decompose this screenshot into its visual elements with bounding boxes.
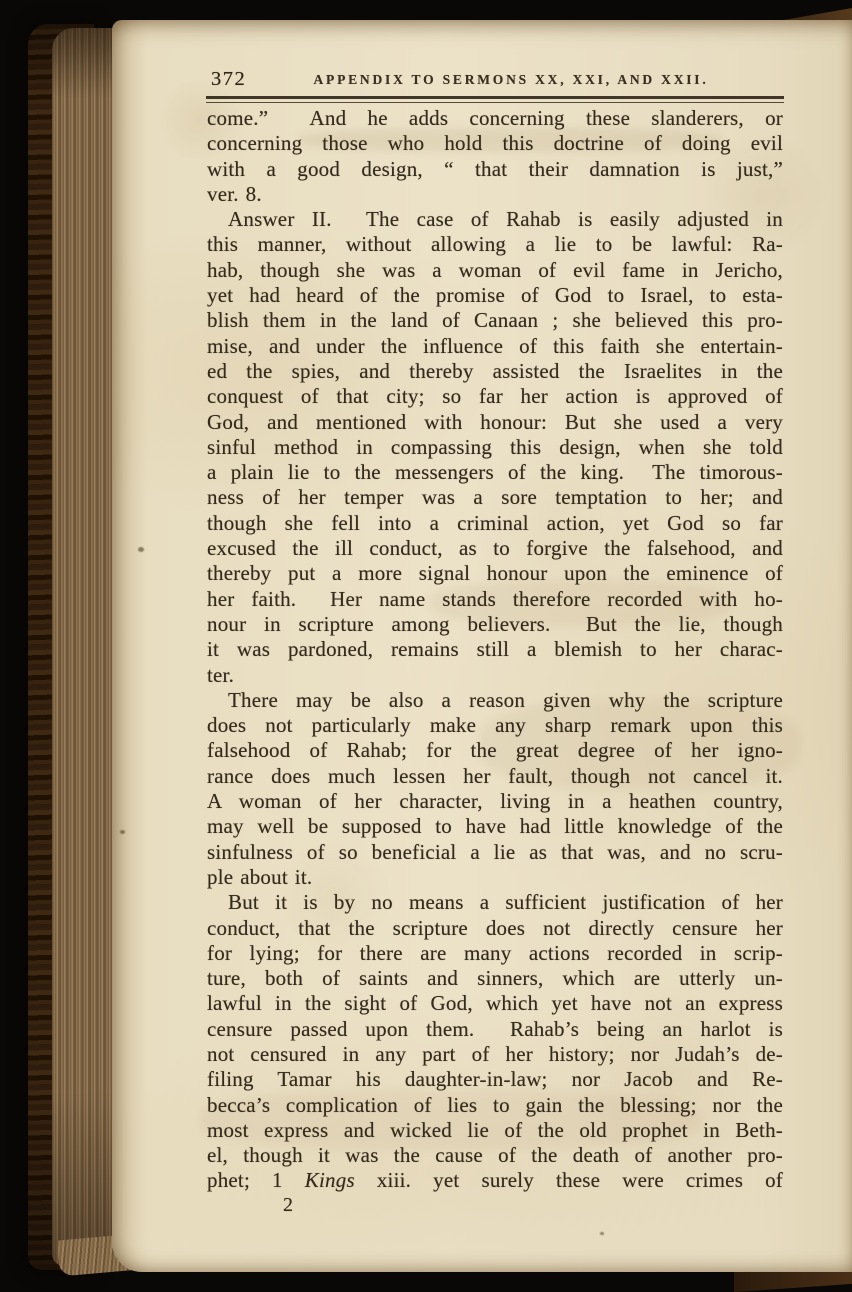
text-line: mise, and under the influence of this fa… (207, 334, 783, 359)
text-line: may well be supposed to have had little … (207, 814, 783, 839)
page-stack-edge (52, 28, 116, 1266)
paper-speck (600, 1232, 604, 1235)
text-line: God, and mentioned with honour: But she … (207, 410, 783, 435)
paragraph: Answer II. The case of Rahab is easily a… (207, 207, 783, 688)
text-line: rance does much lessen her fault, though… (207, 764, 783, 789)
paragraph: There may be also a reason given why the… (207, 688, 783, 890)
text-block: come.” And he adds concerning these slan… (207, 106, 783, 1194)
text-line: hab, though she was a woman of evil fame… (207, 258, 783, 283)
text-line: does not particularly make any sharp rem… (207, 713, 783, 738)
text-line: falsehood of Rahab; for the great degree… (207, 738, 783, 763)
running-header: APPENDIX TO SERMONS XX, XXI, AND XXII. (223, 72, 799, 88)
text-line: ple about it. (207, 865, 783, 890)
text-line: There may be also a reason given why the… (207, 688, 783, 713)
text-line: But it is by no means a sufficient justi… (207, 890, 783, 915)
header-double-rule (206, 96, 784, 103)
text-line: ture, both of saints and sinners, which … (207, 966, 783, 991)
paragraph: But it is by no means a sufficient justi… (207, 890, 783, 1194)
text-line: yet had heard of the promise of God to I… (207, 283, 783, 308)
text-line: ness of her temper was a sore temptation… (207, 485, 783, 510)
running-head-row: 372 APPENDIX TO SERMONS XX, XXI, AND XXI… (207, 68, 783, 94)
text-line: phet; 1 Kings xiii. yet surely these wer… (207, 1168, 783, 1193)
text-line: come.” And he adds concerning these slan… (207, 106, 783, 131)
text-line: excused the ill conduct, as to forgive t… (207, 536, 783, 561)
signature-mark: 2 (283, 1194, 293, 1217)
text-line: sinfulness of so beneficial a lie as tha… (207, 840, 783, 865)
text-line: it was pardoned, remains still a blemish… (207, 637, 783, 662)
text-line: ter. (207, 663, 783, 688)
text-line: though she fell into a criminal action, … (207, 511, 783, 536)
text-line: ed the spies, and thereby assisted the I… (207, 359, 783, 384)
text-line: most express and wicked lie of the old p… (207, 1118, 783, 1143)
photo-background: { "page": { "page_number": "372", "runni… (0, 0, 852, 1292)
text-line: conduct, that the scripture does not dir… (207, 916, 783, 941)
text-line: this manner, without allowing a lie to b… (207, 232, 783, 257)
text-line: concerning those who hold this doctrine … (207, 131, 783, 156)
text-line: with a good design, “ that their damnati… (207, 157, 783, 182)
text-line: sinful method in compassing this design,… (207, 435, 783, 460)
text-line: A woman of her character, living in a he… (207, 789, 783, 814)
text-line: for lying; for there are many actions re… (207, 941, 783, 966)
text-line: Answer II. The case of Rahab is easily a… (207, 207, 783, 232)
text-line: ver. 8. (207, 182, 783, 207)
text-line: blish them in the land of Canaan ; she b… (207, 308, 783, 333)
paragraph: come.” And he adds concerning these slan… (207, 106, 783, 207)
paper-speck (138, 547, 144, 552)
text-line: nour in scripture among believers. But t… (207, 612, 783, 637)
text-line: not censured in any part of her history;… (207, 1042, 783, 1067)
page-surface: 372 APPENDIX TO SERMONS XX, XXI, AND XXI… (112, 20, 852, 1272)
text-line: a plain lie to the messengers of the kin… (207, 460, 783, 485)
text-line: becca’s complication of lies to gain the… (207, 1093, 783, 1118)
text-line: her faith. Her name stands therefore rec… (207, 587, 783, 612)
text-line: thereby put a more signal honour upon th… (207, 561, 783, 586)
paper-speck (120, 830, 125, 834)
text-line: el, though it was the cause of the death… (207, 1143, 783, 1168)
text-line: censure passed upon them. Rahab’s being … (207, 1017, 783, 1042)
text-line: filing Tamar his daughter-in-law; nor Ja… (207, 1067, 783, 1092)
text-line: lawful in the sight of God, which yet ha… (207, 991, 783, 1016)
text-line: conquest of that city; so far her action… (207, 384, 783, 409)
